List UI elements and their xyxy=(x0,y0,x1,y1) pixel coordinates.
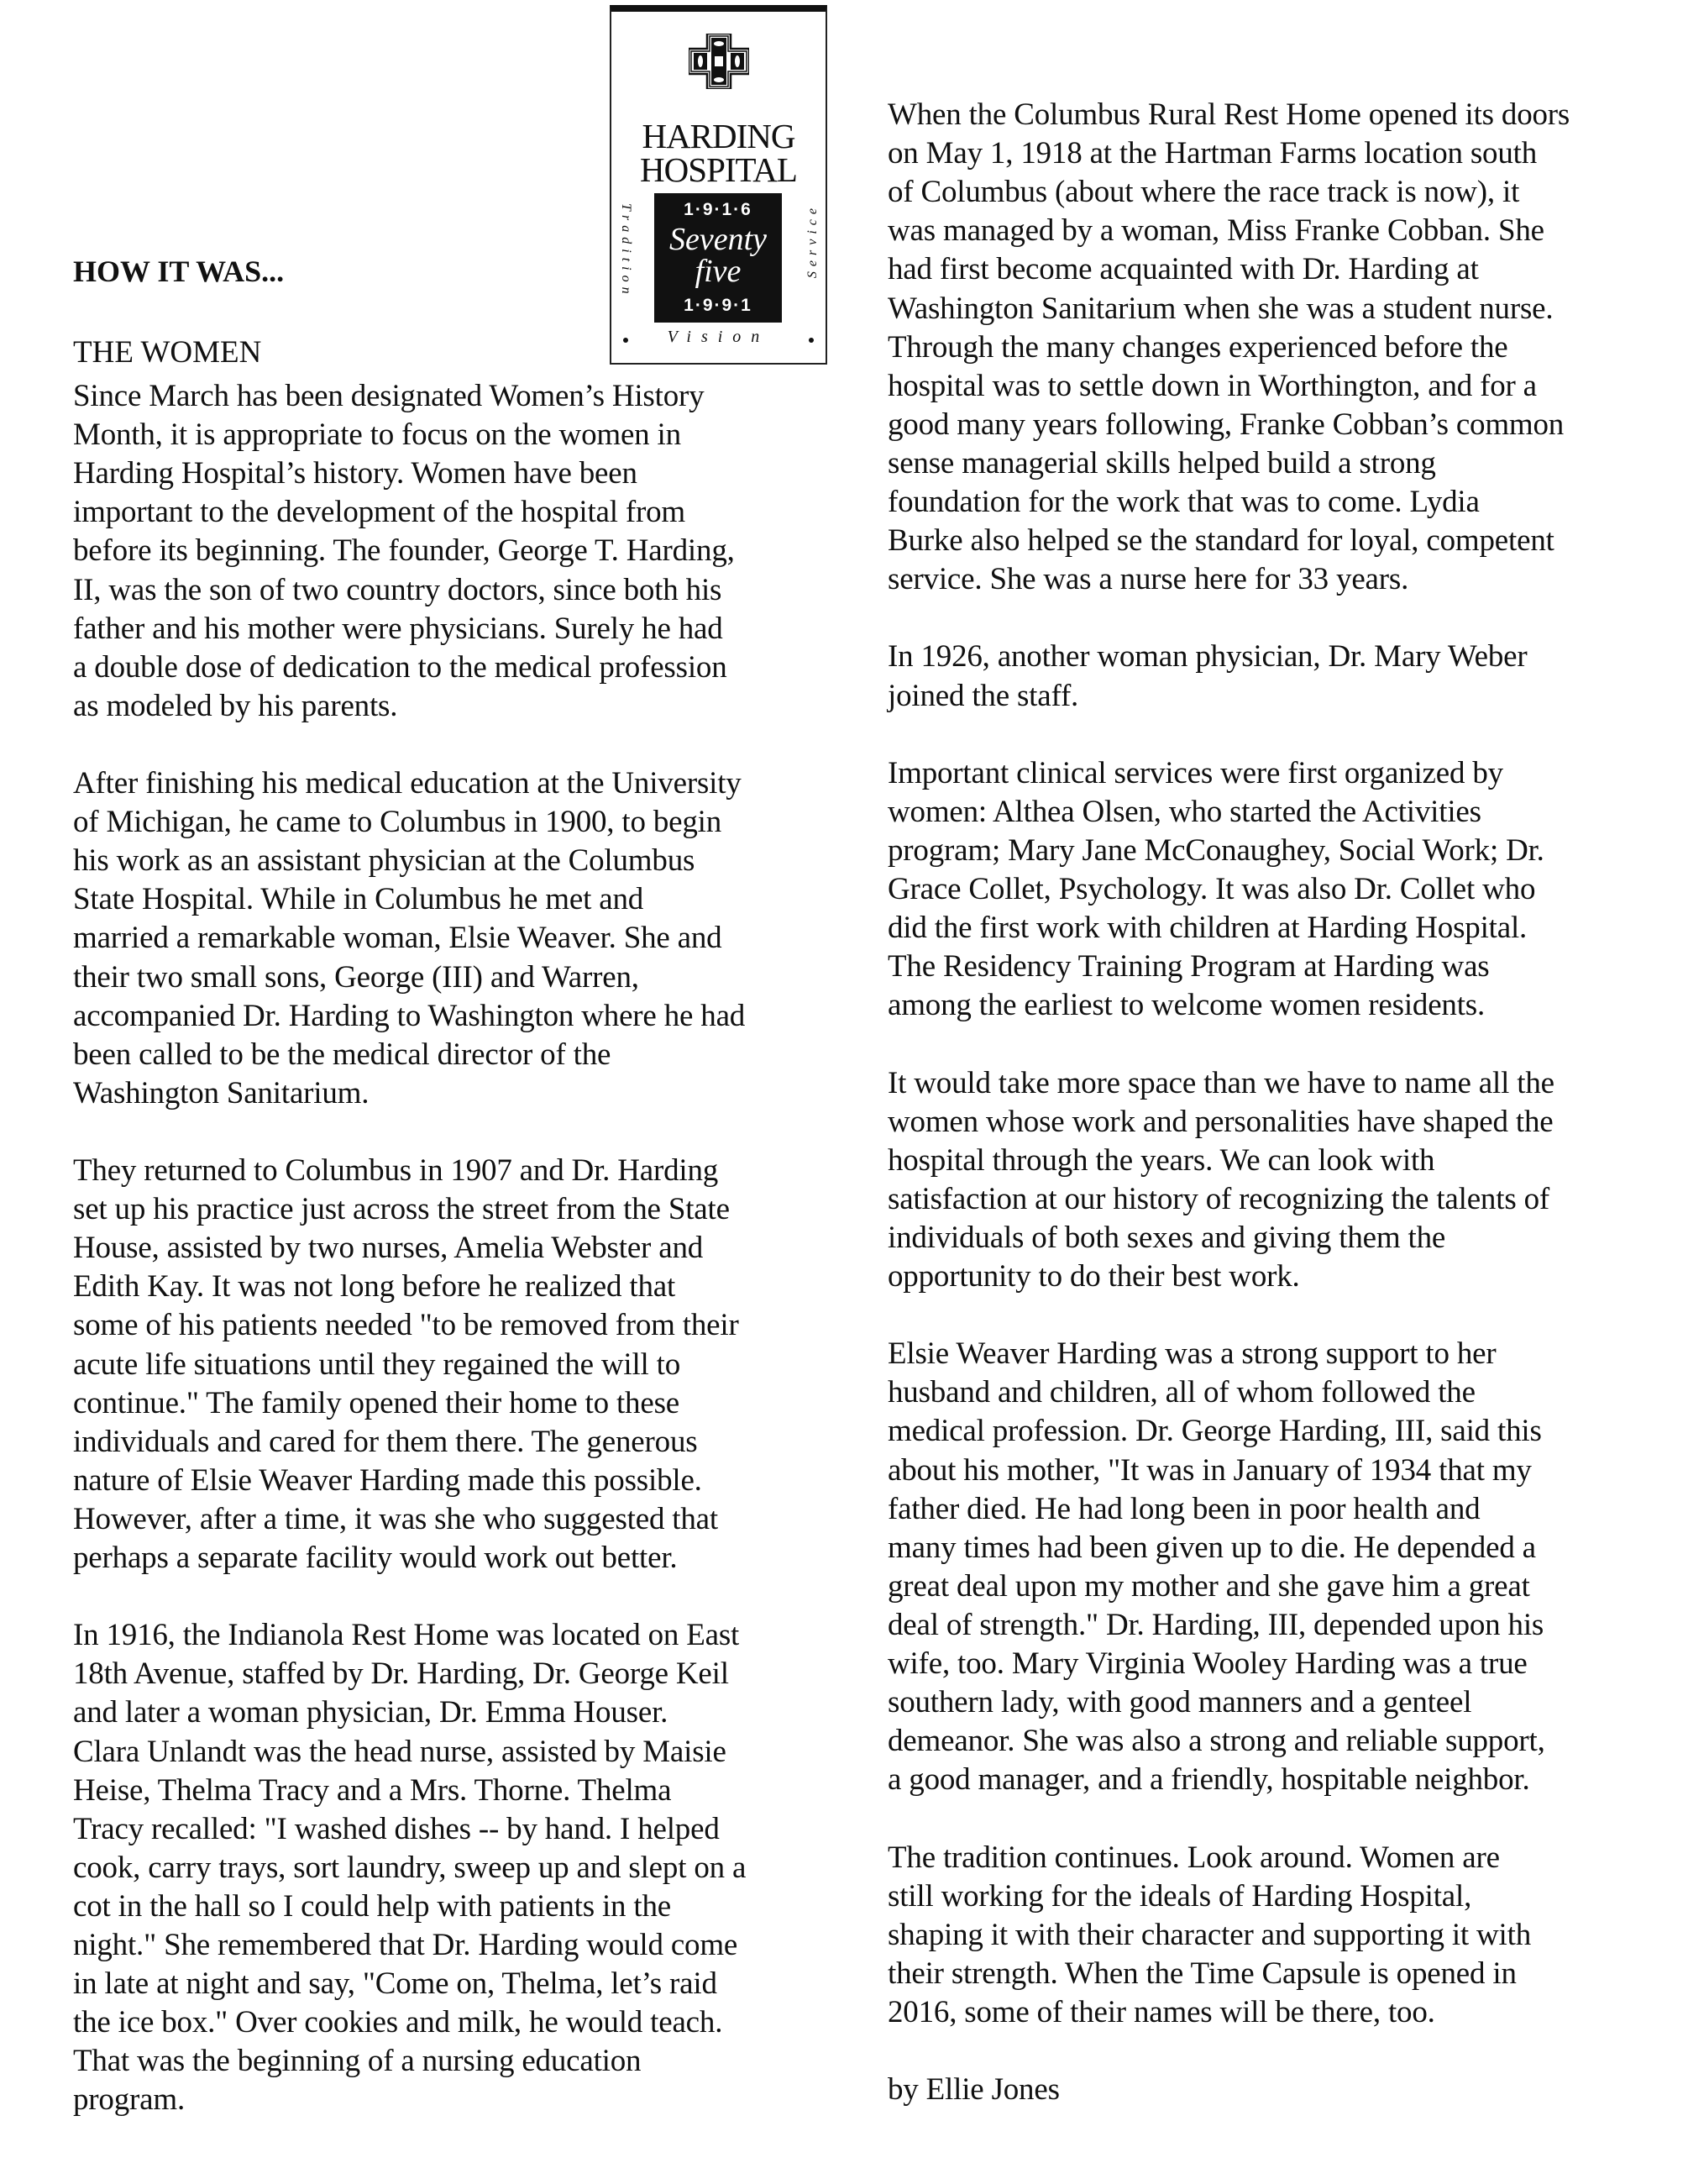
left-column-line: accompanied Dr. Harding to Washington wh… xyxy=(73,997,745,1036)
right-column-line: The Residency Training Program at Hardin… xyxy=(888,948,1490,986)
right-column-line: among the earliest to welcome women resi… xyxy=(888,986,1485,1025)
left-column-line: important to the development of the hosp… xyxy=(73,493,685,532)
left-column-line: some of his patients needed "to be remov… xyxy=(73,1306,739,1345)
right-column-line: was managed by a woman, Miss Franke Cobb… xyxy=(888,212,1544,250)
right-column-line: sense managerial skills helped build a s… xyxy=(888,444,1436,483)
logo-tradition-label: Tradition xyxy=(618,203,633,299)
left-column-line: his work as an assistant physician at th… xyxy=(73,842,695,880)
left-column-line: Tracy recalled: "I washed dishes -- by h… xyxy=(73,1810,720,1849)
right-column-line: 2016, some of their names will be there,… xyxy=(888,1993,1435,2032)
right-column-line: many times had been given up to die. He … xyxy=(888,1529,1536,1567)
right-column-line: a good manager, and a friendly, hospitab… xyxy=(888,1761,1530,1799)
right-column-line: Important clinical services were first o… xyxy=(888,754,1503,793)
left-column-line: their two small sons, George (III) and W… xyxy=(73,958,639,997)
right-column-line: medical profession. Dr. George Harding, … xyxy=(888,1412,1542,1451)
right-column-line: The tradition continues. Look around. Wo… xyxy=(888,1839,1500,1877)
badge-year-start: 1·9·1·6 xyxy=(654,200,782,220)
right-column-line: In 1926, another woman physician, Dr. Ma… xyxy=(888,638,1528,676)
left-column-line: Since March has been designated Women’s … xyxy=(73,377,704,416)
right-column-line: demeanor. She was also a strong and reli… xyxy=(888,1722,1545,1761)
right-column-line: great deal upon my mother and she gave h… xyxy=(888,1567,1530,1606)
right-column-line: service. She was a nurse here for 33 yea… xyxy=(888,560,1408,599)
right-column-line: of Columbus (about where the race track … xyxy=(888,173,1519,212)
right-column-line: hospital through the years. We can look … xyxy=(888,1142,1434,1180)
anniversary-badge: 1·9·1·6 Seventy five 1·9·9·1 xyxy=(654,193,782,323)
left-column-line: and later a woman physician, Dr. Emma Ho… xyxy=(73,1693,668,1732)
right-column-line: individuals of both sexes and giving the… xyxy=(888,1219,1445,1257)
left-column-line: Washington Sanitarium. xyxy=(73,1074,369,1113)
logo-name-line1: HARDING xyxy=(611,119,826,153)
right-column-line: Grace Collet, Psychology. It was also Dr… xyxy=(888,870,1535,909)
right-column-line: It would take more space than we have to… xyxy=(888,1064,1554,1103)
right-column-line: shaping it with their character and supp… xyxy=(888,1916,1531,1955)
right-column-line: foundation for the work that was to come… xyxy=(888,483,1480,522)
right-column-line: on May 1, 1918 at the Hartman Farms loca… xyxy=(888,134,1537,173)
left-column-line: House, assisted by two nurses, Amelia We… xyxy=(73,1229,703,1268)
right-column-line: father died. He had long been in poor he… xyxy=(888,1490,1481,1529)
left-column-line: the ice box." Over cookies and milk, he … xyxy=(73,2003,722,2042)
left-column-line: a double dose of dedication to the medic… xyxy=(73,648,727,687)
left-column-line: father and his mother were physicians. S… xyxy=(73,610,723,648)
left-column-line: State Hospital. While in Columbus he met… xyxy=(73,880,643,919)
right-column-line: husband and children, all of whom follow… xyxy=(888,1373,1476,1412)
bullet-dot-icon xyxy=(809,338,814,343)
cross-h-emblem-icon xyxy=(689,34,749,89)
logo-name-line2: HOSPITAL xyxy=(611,153,826,186)
left-column-line: acute life situations until they regaine… xyxy=(73,1346,680,1384)
left-column-line: as modeled by his parents. xyxy=(73,687,397,726)
logo-vision-label: Vision xyxy=(611,328,826,347)
right-column-line: When the Columbus Rural Rest Home opened… xyxy=(888,96,1570,134)
right-column-line: opportunity to do their best work. xyxy=(888,1257,1300,1296)
left-column-line: In 1916, the Indianola Rest Home was loc… xyxy=(73,1616,739,1655)
left-column-line: However, after a time, it was she who su… xyxy=(73,1500,718,1539)
right-column-line: good many years following, Franke Cobban… xyxy=(888,406,1564,444)
left-column-line: cook, carry trays, sort laundry, sweep u… xyxy=(73,1849,746,1887)
left-column-line: Clara Unlandt was the head nurse, assist… xyxy=(73,1733,726,1772)
left-column-line: cot in the hall so I could help with pat… xyxy=(73,1887,671,1926)
right-column-line: Elsie Weaver Harding was a strong suppor… xyxy=(888,1335,1497,1373)
left-column-line: Month, it is appropriate to focus on the… xyxy=(73,416,681,454)
right-column-line: had first become acquainted with Dr. Har… xyxy=(888,250,1479,289)
left-column-line: in late at night and say, "Come on, Thel… xyxy=(73,1965,717,2003)
right-column-line: Burke also helped se the standard for lo… xyxy=(888,522,1554,560)
left-column-line: continue." The family opened their home … xyxy=(73,1384,679,1423)
right-column-line: Washington Sanitarium when she was a stu… xyxy=(888,290,1553,328)
left-column-line: perhaps a separate facility would work o… xyxy=(73,1539,677,1578)
right-column-line: still working for the ideals of Harding … xyxy=(888,1877,1471,1916)
left-column-line: That was the beginning of a nursing educ… xyxy=(73,2042,641,2081)
article-title: HOW IT WAS... xyxy=(73,254,284,289)
left-column-line: Edith Kay. It was not long before he rea… xyxy=(73,1268,675,1306)
right-column-line: Through the many changes experienced bef… xyxy=(888,328,1508,367)
left-column-line: nature of Elsie Weaver Harding made this… xyxy=(73,1462,702,1500)
left-column-line: Heise, Thelma Tracy and a Mrs. Thorne. T… xyxy=(73,1772,671,1810)
right-column-line: did the first work with children at Hard… xyxy=(888,909,1527,948)
left-column-line: After finishing his medical education at… xyxy=(73,764,742,803)
right-column-line: about his mother, "It was in January of … xyxy=(888,1452,1532,1490)
badge-script-line2: five xyxy=(654,257,782,286)
right-column-line: program; Mary Jane McConaughey, Social W… xyxy=(888,832,1544,870)
left-column-line: individuals and cared for them there. Th… xyxy=(73,1423,697,1462)
left-column-line: program. xyxy=(73,2081,185,2119)
right-column-line: women whose work and personalities have … xyxy=(888,1103,1553,1142)
logo-service-label: Service xyxy=(805,203,820,278)
left-column-line: II, was the son of two country doctors, … xyxy=(73,571,721,610)
badge-year-end: 1·9·9·1 xyxy=(654,296,782,316)
right-column-line: women: Althea Olsen, who started the Act… xyxy=(888,793,1481,832)
badge-script-line1: Seventy xyxy=(654,225,782,254)
right-column-line: their strength. When the Time Capsule is… xyxy=(888,1955,1517,1993)
right-column-line: southern lady, with good manners and a g… xyxy=(888,1683,1471,1722)
left-column-line: night." She remembered that Dr. Harding … xyxy=(73,1926,737,1965)
left-column-line: set up his practice just across the stre… xyxy=(73,1190,730,1229)
right-column-line: joined the staff. xyxy=(888,677,1078,716)
left-column-line: Harding Hospital’s history. Women have b… xyxy=(73,454,637,493)
left-column-line: before its beginning. The founder, Georg… xyxy=(73,532,735,570)
article-subtitle: THE WOMEN xyxy=(73,334,261,370)
right-column-line: satisfaction at our history of recognizi… xyxy=(888,1180,1549,1219)
right-column-line: wife, too. Mary Virginia Wooley Harding … xyxy=(888,1645,1528,1683)
right-column-line: by Ellie Jones xyxy=(888,2071,1060,2109)
left-column-line: They returned to Columbus in 1907 and Dr… xyxy=(73,1152,718,1190)
right-column-line: deal of strength." Dr. Harding, III, dep… xyxy=(888,1606,1544,1645)
harding-hospital-logo: HARDING HOSPITAL Tradition 1·9·1·6 Seven… xyxy=(610,5,827,365)
left-column-line: of Michigan, he came to Columbus in 1900… xyxy=(73,803,721,842)
right-column-line: hospital was to settle down in Worthingt… xyxy=(888,367,1537,406)
left-column-line: 18th Avenue, staffed by Dr. Harding, Dr.… xyxy=(73,1655,729,1693)
left-column-line: been called to be the medical director o… xyxy=(73,1036,611,1074)
left-column-line: married a remarkable woman, Elsie Weaver… xyxy=(73,919,721,958)
